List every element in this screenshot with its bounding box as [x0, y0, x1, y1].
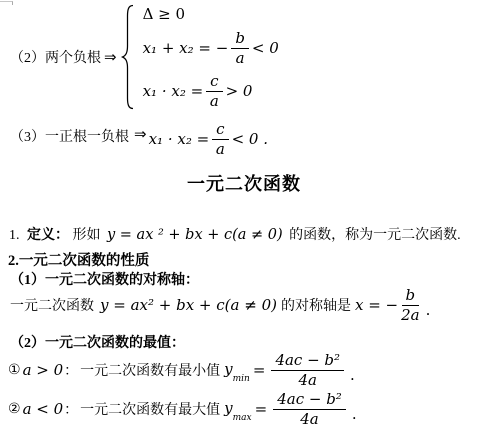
definition-line: 1. 定义： 形如 y = ax ² + bx + c(a ≠ 0) 的函数，称… — [9, 224, 461, 244]
quadratic-function-formula: y = ax² + bx + c(a ≠ 0) — [100, 296, 277, 314]
sentence-period: . — [350, 366, 355, 384]
properties-heading: 2.一元二次函数的性质 — [8, 249, 149, 270]
minimum-text: 一元二次函数有最小值 — [80, 360, 220, 380]
axis-pre-text: 一元二次函数 — [10, 295, 94, 315]
negative-roots-block: （2）两个负根 ⇒ Δ ≥ 0 x₁ + x₂ = − b a < 0 x₁ ·… — [10, 4, 279, 110]
sum-lhs: x₁ + x₂ = − — [143, 39, 229, 57]
mixed-roots-math: x₁ · x₂ = c a < 0 . — [149, 121, 268, 157]
fraction-c-over-a: c a — [212, 121, 228, 157]
case-sum-of-roots: x₁ + x₂ = − b a < 0 — [143, 30, 279, 66]
fraction-denominator: 4a — [298, 371, 317, 389]
left-brace-icon — [121, 4, 137, 110]
maximum-text: 一元二次函数有最大值 — [80, 399, 220, 419]
sentence-period: . — [352, 405, 357, 423]
fraction-numerator: 4ac − b² — [271, 352, 344, 371]
sentence-period: . — [426, 301, 431, 319]
mixed-rhs: < 0 . — [232, 130, 268, 148]
fraction-numerator: c — [206, 73, 222, 92]
definition-post: 的函数，称为一元二次函数. — [289, 228, 461, 243]
product-rhs: > 0 — [226, 82, 253, 100]
fraction-numerator: b — [231, 30, 249, 49]
equals-sign: = — [253, 361, 266, 379]
axis-mid-text: 的对称轴是 — [281, 295, 351, 315]
definition-term: 定义： — [27, 228, 69, 243]
fraction-c-over-a: c a — [206, 73, 222, 109]
condition-a-negative: a < 0 — [23, 400, 64, 418]
product-lhs: x₁ · x₂ = — [143, 82, 204, 100]
mixed-lhs: x₁ · x₂ = — [149, 130, 210, 148]
axis-formula-line: 一元二次函数 y = ax² + bx + c(a ≠ 0) 的对称轴是 x =… — [10, 287, 430, 323]
circled-two-bullet: ② — [8, 401, 21, 417]
circled-one-bullet: ① — [8, 362, 21, 378]
maximum-value-line: ② a < 0 ： 一元二次函数有最大值 ymax = 4ac − b² 4a … — [8, 391, 357, 427]
axis-equation-lhs: x = − — [355, 296, 398, 314]
page-title: 一元二次函数 — [0, 170, 488, 196]
document-page: （2）两个负根 ⇒ Δ ≥ 0 x₁ + x₂ = − b a < 0 x₁ ·… — [0, 0, 488, 429]
definition-pre: 形如 — [73, 228, 101, 243]
equals-sign: = — [255, 400, 268, 418]
sum-rhs: < 0 — [252, 39, 279, 57]
negative-roots-label: （2）两个负根 — [10, 47, 101, 67]
fraction-denominator: 4a — [300, 410, 319, 428]
case-product-of-roots: x₁ · x₂ = c a > 0 — [143, 73, 279, 109]
mixed-roots-label: （3）一正根一负根 — [10, 126, 129, 146]
axis-section-title: （1）一元二次函数的对称轴： — [10, 269, 199, 289]
fullwidth-colon: ： — [64, 360, 78, 380]
mixed-roots-line: （3）一正根一负根 ⇒ x₁ · x₂ = c a < 0 . — [10, 118, 268, 154]
fullwidth-colon: ： — [64, 399, 78, 419]
fraction-denominator: 2a — [401, 306, 420, 324]
minimum-value-line: ① a > 0 ： 一元二次函数有最小值 ymin = 4ac − b² 4a … — [8, 352, 355, 388]
fraction-denominator: a — [210, 92, 219, 110]
fraction-numerator: 4ac − b² — [273, 391, 346, 410]
fraction-b-over-2a: b 2a — [401, 287, 420, 323]
definition-number: 1. — [9, 228, 20, 243]
implies-arrow: ⇒ — [134, 125, 147, 143]
fraction-numerator: b — [402, 287, 420, 306]
max-subscript: max — [233, 413, 252, 423]
fraction-denominator: a — [236, 49, 245, 67]
fraction-denominator: a — [216, 140, 225, 158]
fraction-discriminant-over-4a: 4ac − b² 4a — [271, 352, 344, 388]
quadratic-function-formula: y = ax ² + bx + c(a ≠ 0) — [107, 227, 283, 243]
case-discriminant: Δ ≥ 0 — [143, 5, 279, 23]
fraction-numerator: c — [212, 121, 228, 140]
y-variable: ymax — [224, 399, 251, 420]
condition-a-positive: a > 0 — [23, 361, 64, 379]
y-variable: ymin — [224, 360, 250, 381]
extrema-section-title: （2）一元二次函数的最值： — [10, 332, 185, 352]
implies-arrow: ⇒ — [104, 48, 117, 66]
fraction-discriminant-over-4a: 4ac − b² 4a — [273, 391, 346, 427]
min-subscript: min — [233, 374, 250, 384]
fraction-b-over-a: b a — [231, 30, 249, 66]
case-rows: Δ ≥ 0 x₁ + x₂ = − b a < 0 x₁ · x₂ = c a … — [143, 5, 279, 109]
